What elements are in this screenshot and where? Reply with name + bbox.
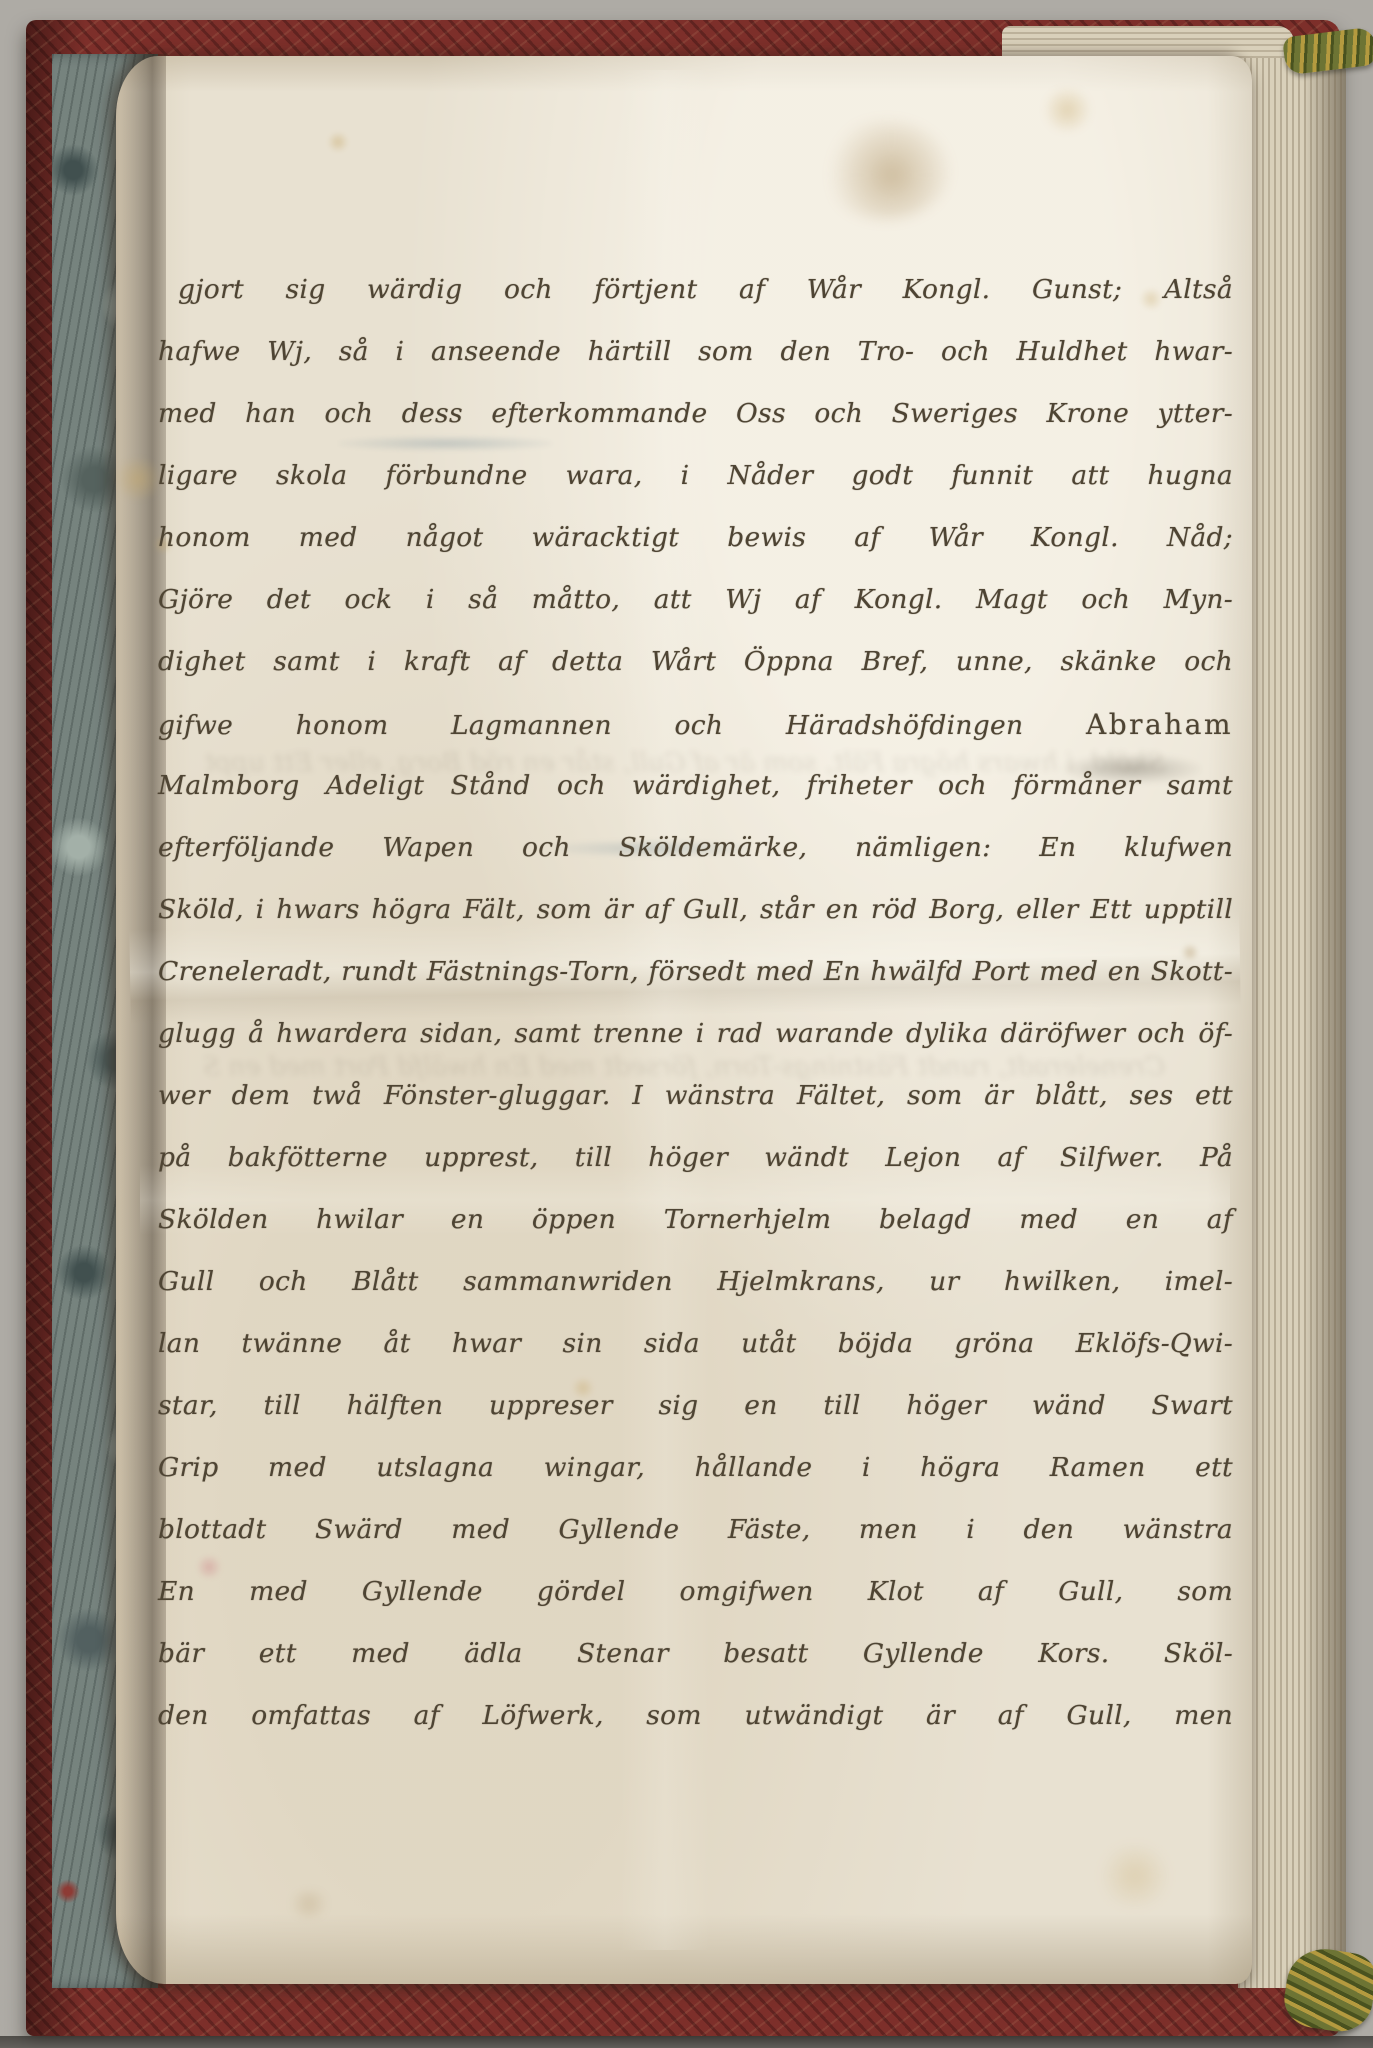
text-line: lan twänne åt hwar sin sida utåt böjda g… [158, 1328, 1233, 1390]
text-line: gifwe honom Lagmannen och Häradshöfdinge… [158, 708, 1233, 770]
text-line: den omfattas af Löfwerk, som utwändigt ä… [158, 1700, 1233, 1762]
text-line: blottadt Swärd med Gyllende Fäste, men i… [158, 1514, 1233, 1576]
text-line: En med Gyllende gördel omgifwen Klot af … [158, 1576, 1233, 1638]
text-line: Creneleradt, rundt Fästnings-Torn, förse… [158, 956, 1233, 1018]
book-bottom-shadow [0, 2036, 1373, 2048]
text-line: Malmborg Adeligt Stånd och wärdighet, fr… [158, 770, 1233, 832]
text-line: på bakfötterne upprest, till höger wändt… [158, 1142, 1233, 1204]
text-line: gjort sig wärdig och förtjent af Wår Kon… [158, 274, 1233, 336]
text-line: star, till hälften uppreser sig en till … [158, 1390, 1233, 1452]
text-line: ligare skola förbundne wara, i Nåder god… [158, 460, 1233, 522]
text-line: Sköld, i hwars högra Fält, som är af Gul… [158, 894, 1233, 956]
text-line: honom med något wäracktigt bewis af Wår … [158, 522, 1233, 584]
text-line: med han och dess efterkommande Oss och S… [158, 398, 1233, 460]
text-line: hafwe Wj, så i anseende härtill som den … [158, 336, 1233, 398]
photo-background: { "manuscript": { "lines": [ "gjort sig … [0, 0, 1373, 2048]
text-line: Gjöre det ock i så måtto, att Wj af Kong… [158, 584, 1233, 646]
manuscript-text: gjort sig wärdig och förtjent af Wår Kon… [158, 274, 1233, 1762]
page-fore-edge [1238, 58, 1346, 1988]
text-line: Skölden hwilar en öppen Tornerhjelm bela… [158, 1204, 1233, 1266]
emphasized-name: Abraham [1086, 708, 1233, 741]
text-line: Gull och Blått sammanwriden Hjelmkrans, … [158, 1266, 1233, 1328]
text-line: wer dem twå Fönster-gluggar. I wänstra F… [158, 1080, 1233, 1142]
text-line: glugg å hwardera sidan, samt trenne i ra… [158, 1018, 1233, 1080]
text-line: Grip med utslagna wingar, hållande i hög… [158, 1452, 1233, 1514]
text-line: bär ett med ädla Stenar besatt Gyllende … [158, 1638, 1233, 1700]
text-line: efterföljande Wapen och Sköldemärke, näm… [158, 832, 1233, 894]
text-line: dighet samt i kraft af detta Wårt Öppna … [158, 646, 1233, 708]
